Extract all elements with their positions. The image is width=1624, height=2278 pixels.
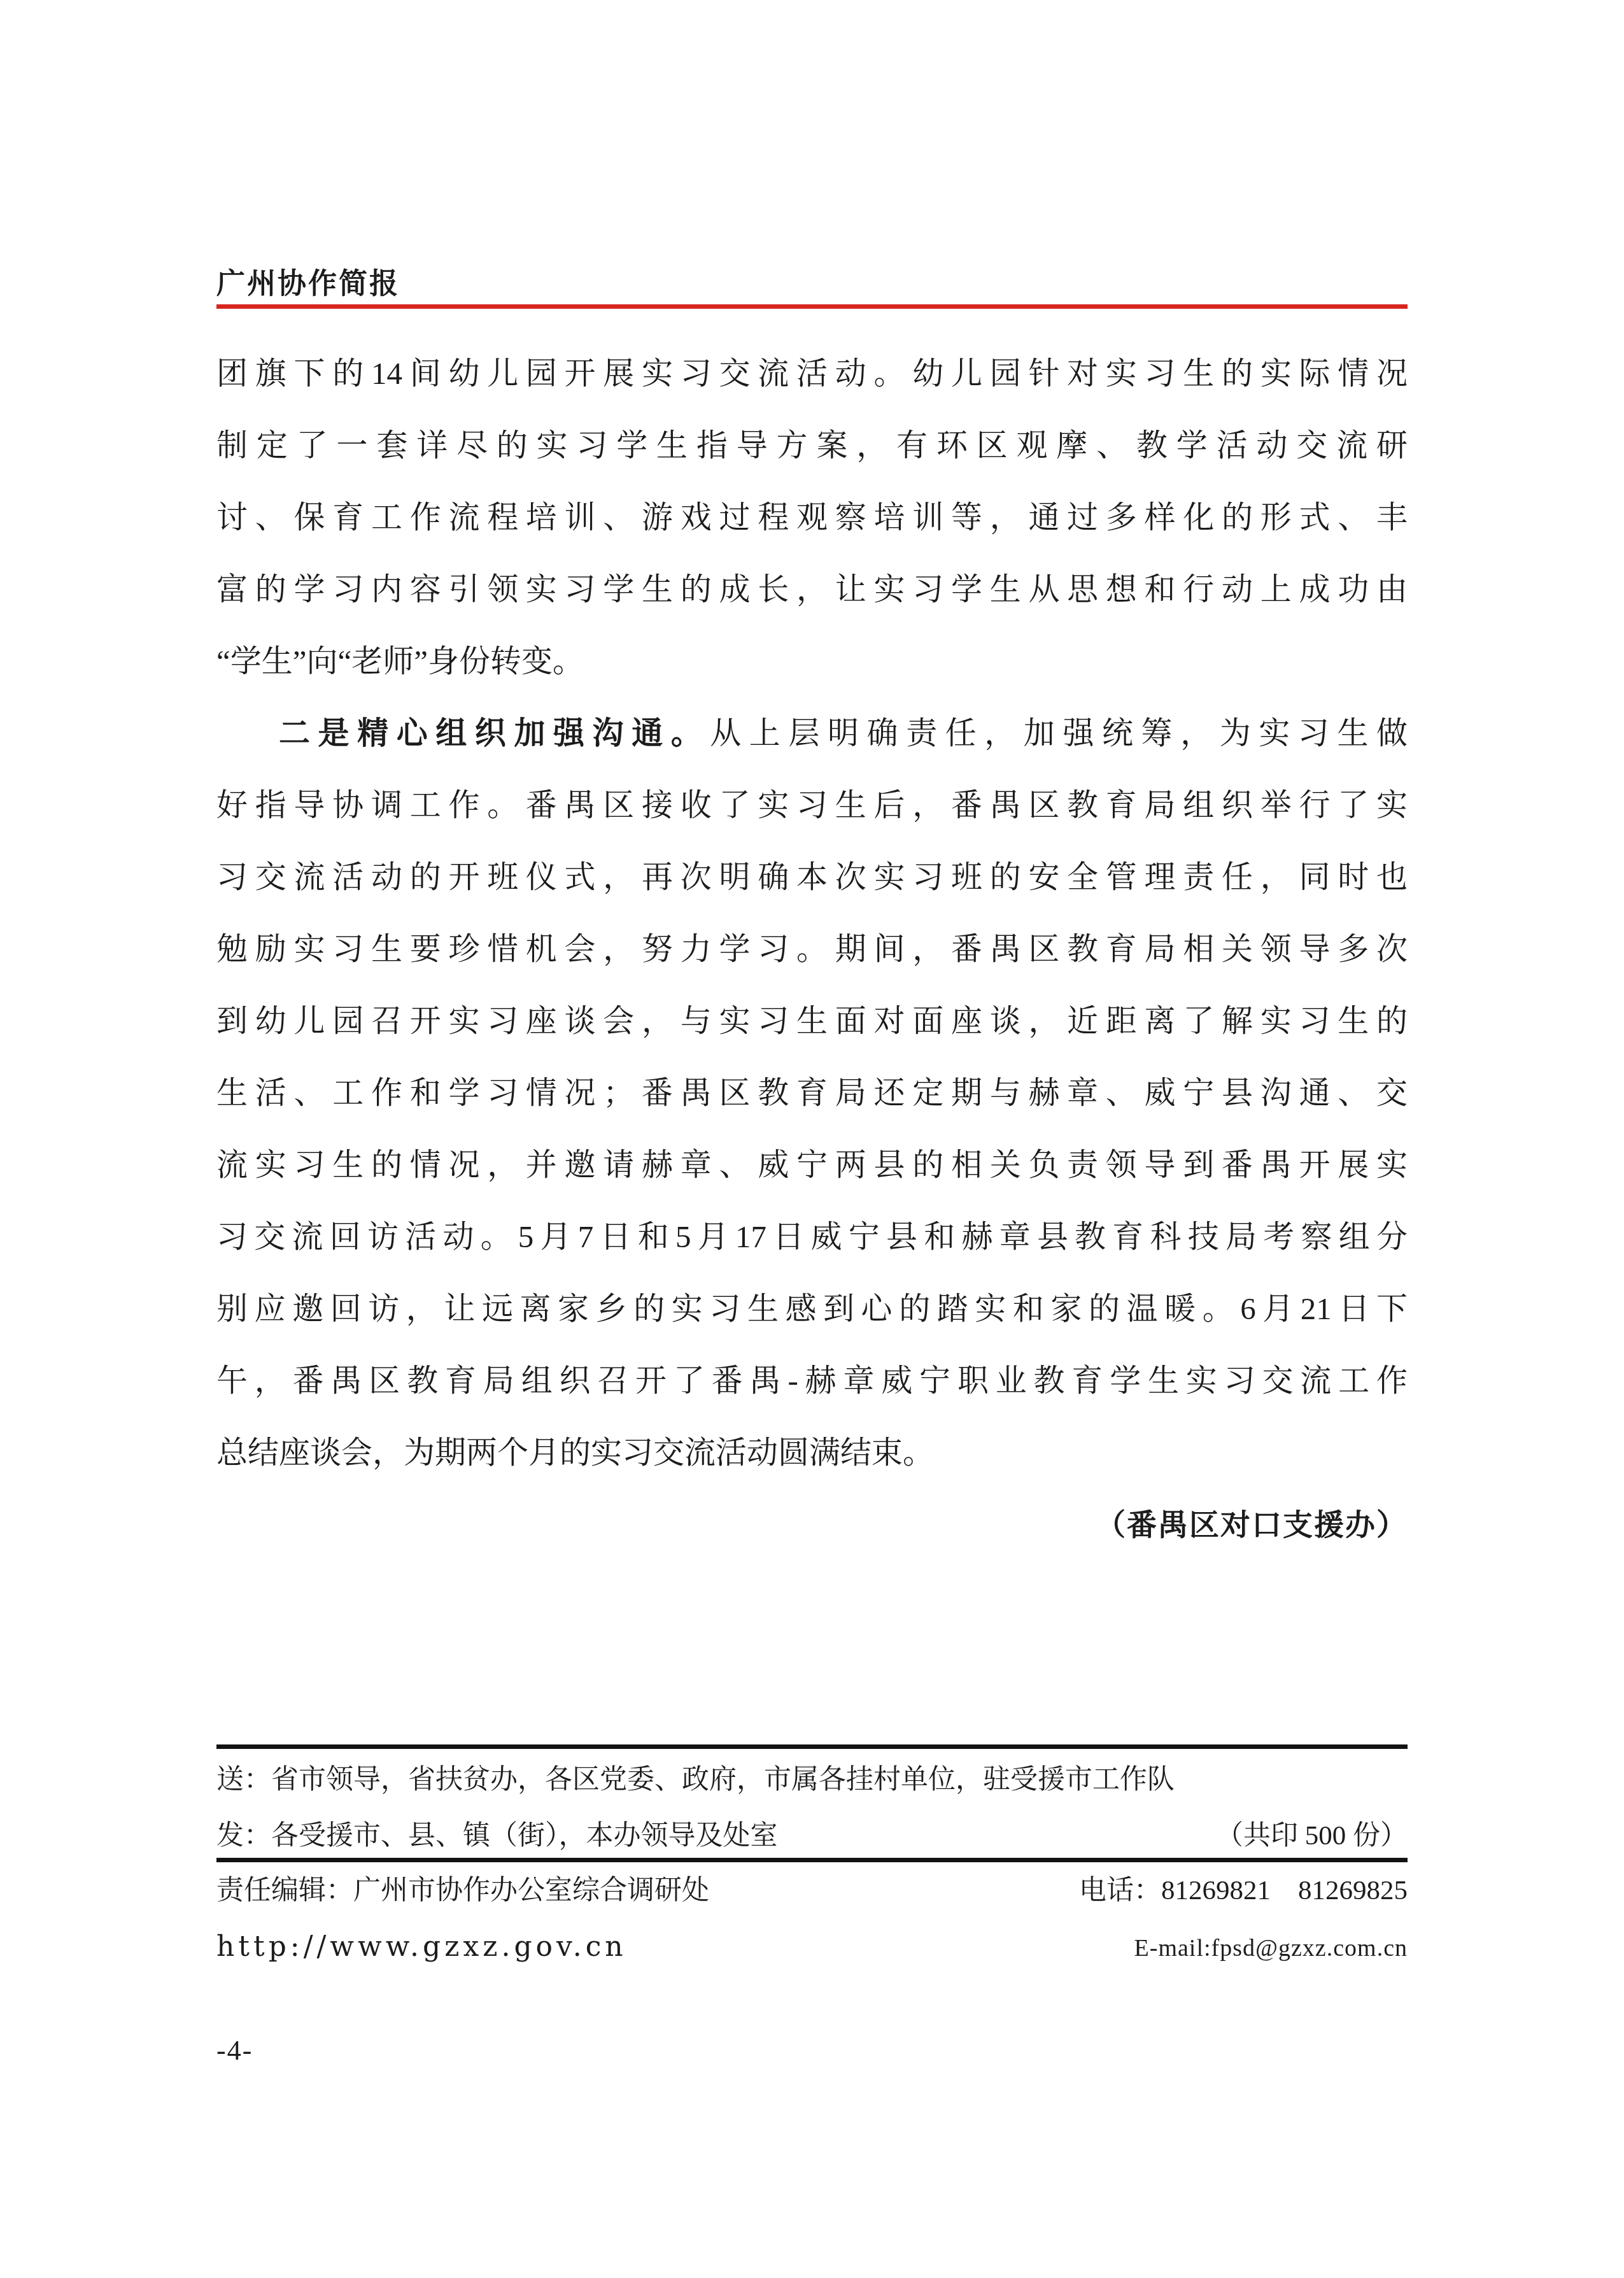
footer-top-rule — [216, 1744, 1408, 1749]
body-text-line: 勉励实习生要珍惜机会，努力学习。期间，番禺区教育局相关领导多次 — [216, 913, 1408, 985]
print-count: （共印 500 份） — [1216, 1820, 1408, 1852]
body-text-line: 流实习生的情况，并邀请赫章、威宁两县的相关负责领导到番禺开展实 — [216, 1129, 1408, 1201]
header-red-rule — [216, 304, 1408, 309]
distribute-line: 发：各受援市、县、镇（街），本办领导及处室 （共印 500 份） — [216, 1820, 1408, 1852]
attribution-line: （番禺区对口支援办） — [216, 1489, 1408, 1560]
footer-middle-rule — [216, 1858, 1408, 1862]
email-address: E-mail:fpsd@gzxz.com.cn — [1134, 1932, 1408, 1964]
body-text-line: 习交流回访活动。5月7日和5月17日威宁县和赫章县教育科技局考察组分 — [216, 1201, 1408, 1273]
body-text-line: 讨、保育工作流程培训、游戏过程观察培训等，通过多样化的形式、丰 — [216, 481, 1408, 553]
body-text: 团旗下的14间幼儿园开展实习交流活动。幼儿园针对实习生的实际情况 制定了一套详尽… — [216, 337, 1408, 1560]
send-to-line: 送：省市领导，省扶贫办，各区党委、政府，市属各挂村单位，驻受援市工作队 — [216, 1764, 1408, 1796]
phone-numbers: 电话：81269821 81269825 — [1079, 1875, 1408, 1907]
body-text-line: “学生”向“老师”身份转变。 — [216, 625, 1408, 697]
page-number: -4- — [216, 2035, 253, 2067]
page-footer: 送：省市领导，省扶贫办，各区党委、政府，市属各挂村单位，驻受援市工作队 发：各受… — [216, 1744, 1408, 1964]
body-text-line: 习交流活动的开班仪式，再次明确本次实习班的安全管理责任，同时也 — [216, 841, 1408, 913]
body-text-line: 生活、工作和学习情况；番禺区教育局还定期与赫章、威宁县沟通、交 — [216, 1057, 1408, 1129]
body-text-line: 二是精心组织加强沟通。从上层明确责任，加强统筹，为实习生做 — [216, 697, 1408, 769]
body-text-line: 富的学习内容引领实习学生的成长，让实习学生从思想和行动上成功由 — [216, 553, 1408, 625]
editor-line: 责任编辑：广州市协作办公室综合调研处 电话：81269821 81269825 — [216, 1875, 1408, 1907]
paragraph-lead-bold: 二是精心组织加强沟通。 — [279, 716, 710, 751]
body-text-line: 别应邀回访，让远离家乡的实习生感到心的踏实和家的温暖。6月21日下 — [216, 1273, 1408, 1345]
body-text-line: 制定了一套详尽的实习学生指导方案，有环区观摩、教学活动交流研 — [216, 409, 1408, 481]
body-text-line: 团旗下的14间幼儿园开展实习交流活动。幼儿园针对实习生的实际情况 — [216, 337, 1408, 409]
body-text-line: 总结座谈会，为期两个月的实习交流活动圆满结束。 — [216, 1417, 1408, 1489]
distribute-text: 发：各受援市、县、镇（街），本办领导及处室 — [216, 1820, 778, 1852]
editor-text: 责任编辑：广州市协作办公室综合调研处 — [216, 1875, 709, 1907]
body-text-line: 好指导协调工作。番禺区接收了实习生后，番禺区教育局组织举行了实 — [216, 769, 1408, 841]
document-page: 广州协作简报 团旗下的14间幼儿园开展实习交流活动。幼儿园针对实习生的实际情况 … — [0, 0, 1624, 2278]
body-text-line: 到幼儿园召开实习座谈会，与实习生面对面座谈，近距离了解实习生的 — [216, 985, 1408, 1057]
website-url: http://www.gzxz.gov.cn — [216, 1931, 627, 1963]
body-text-line: 午，番禺区教育局组织召开了番禺-赫章威宁职业教育学生实习交流工作 — [216, 1345, 1408, 1417]
bulletin-title: 广州协作简报 — [216, 269, 1408, 299]
page-header: 广州协作简报 — [216, 269, 1408, 309]
contact-line: http://www.gzxz.gov.cn E-mail:fpsd@gzxz.… — [216, 1931, 1408, 1964]
paragraph-lead-rest: 从上层明确责任，加强统筹，为实习生做 — [710, 716, 1408, 751]
